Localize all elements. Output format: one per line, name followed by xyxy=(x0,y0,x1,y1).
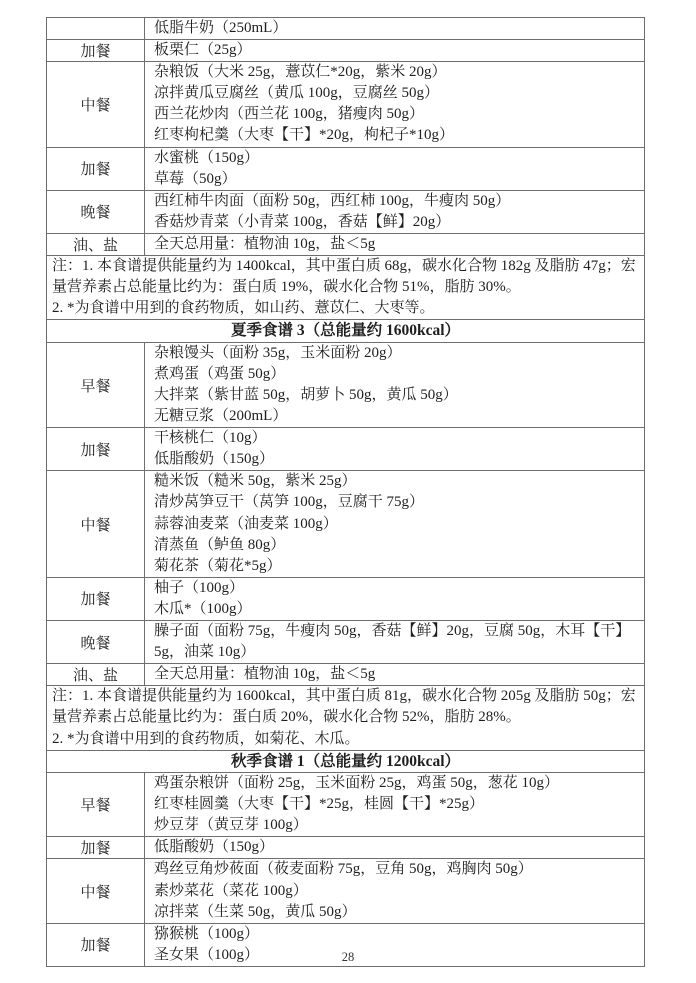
dish-item: 低脂酸奶（150g） xyxy=(154,837,638,858)
meal-row: 中餐杂粮饭（大米 25g，薏苡仁*20g，紫米 20g）凉拌黄瓜豆腐丝（黄瓜 1… xyxy=(47,61,644,146)
section-title: 夏季食谱 3（总能量约 1600kcal） xyxy=(47,319,644,342)
note-line: 注：1. 本食谱提供能量约为 1600kcal，其中蛋白质 81g，碳水化合物 … xyxy=(52,686,640,728)
dish-item: 菊花茶（菊花*5g） xyxy=(154,556,638,577)
meal-row: 晚餐西红柿牛肉面（面粉 50g，西红柿 100g，牛瘦肉 50g）香菇炒青菜（小… xyxy=(47,190,644,233)
meal-items: 杂粮馒头（面粉 35g，玉米面粉 20g）煮鸡蛋（鸡蛋 50g）大拌菜（紫甘蓝 … xyxy=(145,343,644,427)
meal-label: 晚餐 xyxy=(47,191,145,233)
meal-items: 西红柿牛肉面（面粉 50g，西红柿 100g，牛瘦肉 50g）香菇炒青菜（小青菜… xyxy=(145,191,644,233)
meal-items: 糙米饭（糙米 50g，紫米 25g）清炒莴笋豆干（莴笋 100g，豆腐干 75g… xyxy=(145,471,644,576)
meal-row: 加餐低脂酸奶（150g） xyxy=(47,836,644,858)
dish-item: 煮鸡蛋（鸡蛋 50g） xyxy=(154,364,638,385)
section-note: 注：1. 本食谱提供能量约为 1400kcal，其中蛋白质 68g，碳水化合物 … xyxy=(47,255,644,319)
section-note: 注：1. 本食谱提供能量约为 1600kcal，其中蛋白质 81g，碳水化合物 … xyxy=(47,685,644,749)
meal-plan-table: 低脂牛奶（250mL）加餐板栗仁（25g）中餐杂粮饭（大米 25g，薏苡仁*20… xyxy=(46,17,645,967)
meal-row: 中餐糙米饭（糙米 50g，紫米 25g）清炒莴笋豆干（莴笋 100g，豆腐干 7… xyxy=(47,470,644,576)
meal-row: 加餐柚子（100g）木瓜*（100g） xyxy=(47,577,644,620)
dish-item: 凉拌菜（生菜 50g，黄瓜 50g） xyxy=(154,902,638,923)
meal-row: 加餐干核桃仁（10g）低脂酸奶（150g） xyxy=(47,427,644,470)
meal-label: 加餐 xyxy=(47,40,145,61)
dish-item: 鸡丝豆角炒莜面（莜麦面粉 75g，豆角 50g，鸡胸肉 50g） xyxy=(154,859,638,880)
meal-items: 全天总用量：植物油 10g，盐＜5g xyxy=(145,664,644,685)
meal-label: 早餐 xyxy=(47,773,145,836)
dish-item: 素炒菜花（菜花 100g） xyxy=(154,881,638,902)
note-line: 2. *为食谱中用到的食药物质，如山药、薏苡仁、大枣等。 xyxy=(52,298,640,319)
meal-items: 干核桃仁（10g）低脂酸奶（150g） xyxy=(145,428,644,470)
meal-row: 晚餐臊子面（面粉 75g，牛瘦肉 50g，香菇【鲜】20g，豆腐 50g，木耳【… xyxy=(47,620,644,663)
meal-label: 中餐 xyxy=(47,62,145,146)
meal-items: 全天总用量：植物油 10g，盐＜5g xyxy=(145,234,644,255)
dish-item: 臊子面（面粉 75g，牛瘦肉 50g，香菇【鲜】20g，豆腐 50g，木耳【干】… xyxy=(154,621,638,663)
meal-label: 加餐 xyxy=(47,837,145,858)
meal-row: 加餐板栗仁（25g） xyxy=(47,39,644,61)
meal-items: 鸡蛋杂粮饼（面粉 25g，玉米面粉 25g，鸡蛋 50g，葱花 10g）红枣桂圆… xyxy=(145,773,644,836)
dish-item: 蒜蓉油麦菜（油麦菜 100g） xyxy=(154,514,638,535)
dish-item: 西兰花炒肉（西兰花 100g，猪瘦肉 50g） xyxy=(154,104,638,125)
dish-item: 清炒莴笋豆干（莴笋 100g，豆腐干 75g） xyxy=(154,492,638,513)
dish-item: 糙米饭（糙米 50g，紫米 25g） xyxy=(154,471,638,492)
meal-row: 早餐鸡蛋杂粮饼（面粉 25g，玉米面粉 25g，鸡蛋 50g，葱花 10g）红枣… xyxy=(47,772,644,836)
meal-items: 低脂牛奶（250mL） xyxy=(145,18,644,39)
meal-row: 低脂牛奶（250mL） xyxy=(47,18,644,39)
dish-item: 杂粮饭（大米 25g，薏苡仁*20g，紫米 20g） xyxy=(154,62,638,83)
meal-row: 早餐杂粮馒头（面粉 35g，玉米面粉 20g）煮鸡蛋（鸡蛋 50g）大拌菜（紫甘… xyxy=(47,342,644,427)
dish-item: 大拌菜（紫甘蓝 50g，胡萝卜 50g，黄瓜 50g） xyxy=(154,385,638,406)
dish-item: 低脂牛奶（250mL） xyxy=(154,18,638,39)
meal-label xyxy=(47,18,145,39)
dish-item: 香菇炒青菜（小青菜 100g，香菇【鲜】20g） xyxy=(154,212,638,233)
meal-items: 水蜜桃（150g）草莓（50g） xyxy=(145,148,644,190)
meal-label: 加餐 xyxy=(47,148,145,190)
meal-items: 臊子面（面粉 75g，牛瘦肉 50g，香菇【鲜】20g，豆腐 50g，木耳【干】… xyxy=(145,621,644,663)
meal-label: 加餐 xyxy=(47,428,145,470)
dish-item: 板栗仁（25g） xyxy=(154,40,638,61)
meal-row: 油、盐全天总用量：植物油 10g，盐＜5g xyxy=(47,663,644,685)
meal-row: 加餐水蜜桃（150g）草莓（50g） xyxy=(47,147,644,190)
dish-item: 无糖豆浆（200mL） xyxy=(154,406,638,427)
meal-items: 低脂酸奶（150g） xyxy=(145,837,644,858)
meal-items: 杂粮饭（大米 25g，薏苡仁*20g，紫米 20g）凉拌黄瓜豆腐丝（黄瓜 100… xyxy=(145,62,644,146)
dish-item: 低脂酸奶（150g） xyxy=(154,449,638,470)
meal-label: 油、盐 xyxy=(47,664,145,685)
dish-item: 草莓（50g） xyxy=(154,169,638,190)
meal-label: 油、盐 xyxy=(47,234,145,255)
dish-item: 木瓜*（100g） xyxy=(154,599,638,620)
meal-label: 中餐 xyxy=(47,859,145,922)
dish-item: 杂粮馒头（面粉 35g，玉米面粉 20g） xyxy=(154,343,638,364)
meal-label: 晚餐 xyxy=(47,621,145,663)
dish-item: 西红柿牛肉面（面粉 50g，西红柿 100g，牛瘦肉 50g） xyxy=(154,191,638,212)
meal-row: 中餐鸡丝豆角炒莜面（莜麦面粉 75g，豆角 50g，鸡胸肉 50g）素炒菜花（菜… xyxy=(47,858,644,922)
dish-item: 清蒸鱼（鲈鱼 80g） xyxy=(154,535,638,556)
dish-item: 全天总用量：植物油 10g，盐＜5g xyxy=(154,664,638,685)
meal-items: 板栗仁（25g） xyxy=(145,40,644,61)
dish-item: 红枣桂圆羹（大枣【干】*25g，桂圆【干】*25g） xyxy=(154,794,638,815)
meal-label: 早餐 xyxy=(47,343,145,427)
meal-row: 油、盐全天总用量：植物油 10g，盐＜5g xyxy=(47,233,644,255)
dish-item: 猕猴桃（100g） xyxy=(154,924,638,945)
dish-item: 干核桃仁（10g） xyxy=(154,428,638,449)
meal-items: 鸡丝豆角炒莜面（莜麦面粉 75g，豆角 50g，鸡胸肉 50g）素炒菜花（菜花 … xyxy=(145,859,644,922)
dish-item: 炒豆芽（黄豆芽 100g） xyxy=(154,815,638,836)
dish-item: 水蜜桃（150g） xyxy=(154,148,638,169)
page-number: 28 xyxy=(0,950,696,965)
meal-label: 中餐 xyxy=(47,471,145,576)
dish-item: 全天总用量：植物油 10g，盐＜5g xyxy=(154,234,638,255)
section-title: 秋季食谱 1（总能量约 1200kcal） xyxy=(47,750,644,773)
meal-label: 加餐 xyxy=(47,578,145,620)
document-page: 低脂牛奶（250mL）加餐板栗仁（25g）中餐杂粮饭（大米 25g，薏苡仁*20… xyxy=(0,0,696,983)
dish-item: 柚子（100g） xyxy=(154,578,638,599)
note-line: 注：1. 本食谱提供能量约为 1400kcal，其中蛋白质 68g，碳水化合物 … xyxy=(52,256,640,298)
meal-items: 柚子（100g）木瓜*（100g） xyxy=(145,578,644,620)
note-line: 2. *为食谱中用到的食药物质，如菊花、木瓜。 xyxy=(52,729,640,750)
dish-item: 红枣枸杞羹（大枣【干】*20g，枸杞子*10g） xyxy=(154,125,638,146)
dish-item: 凉拌黄瓜豆腐丝（黄瓜 100g，豆腐丝 50g） xyxy=(154,83,638,104)
dish-item: 鸡蛋杂粮饼（面粉 25g，玉米面粉 25g，鸡蛋 50g，葱花 10g） xyxy=(154,773,638,794)
